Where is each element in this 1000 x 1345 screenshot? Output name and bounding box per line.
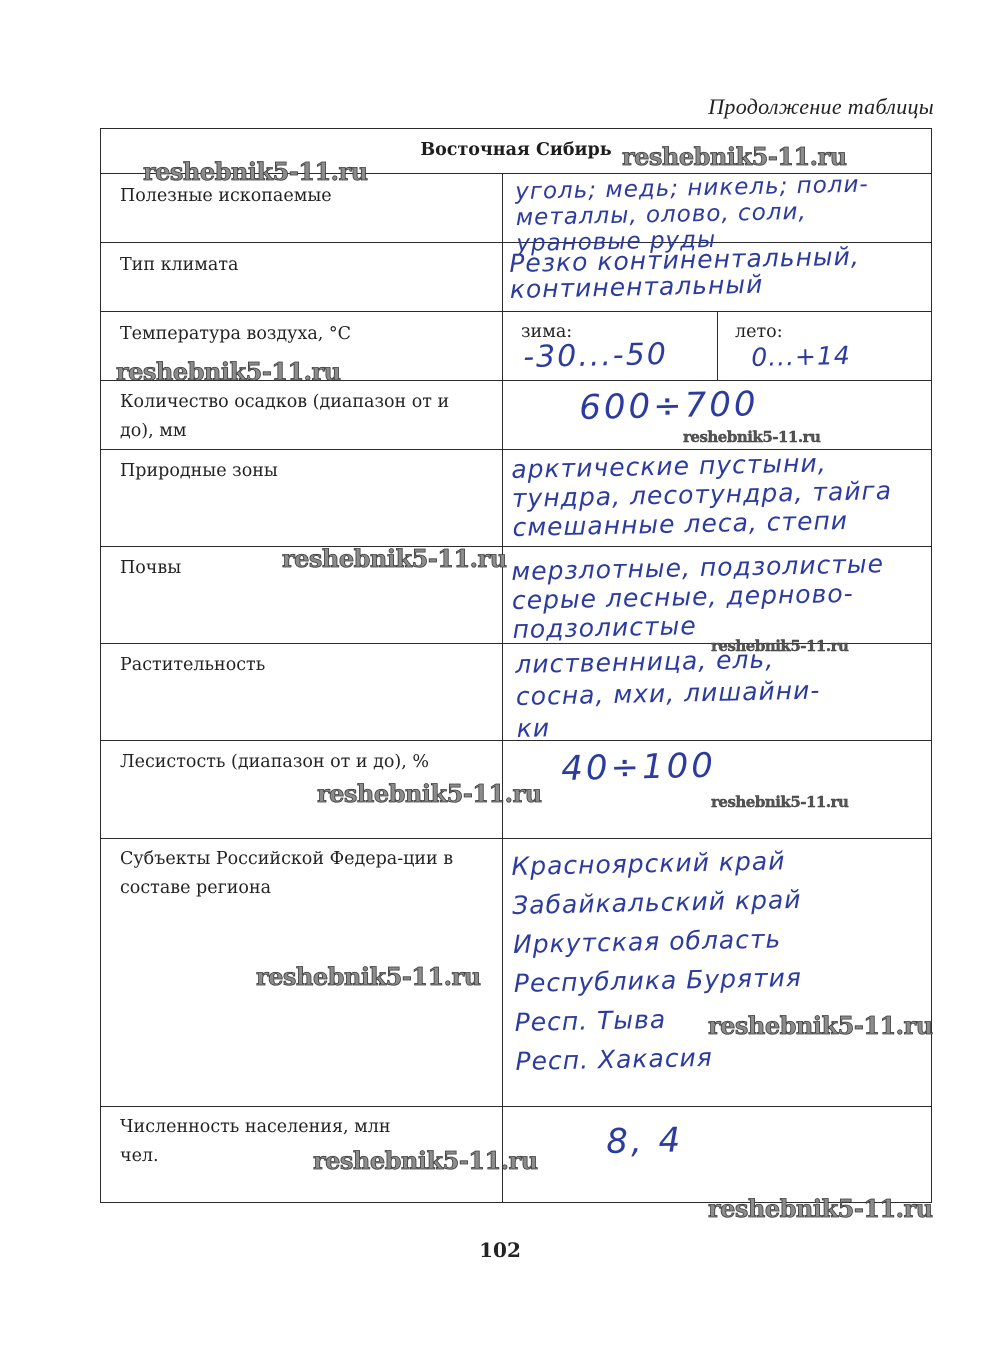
row-label-precipitation: Количество осадков (диапазон от и до), м… <box>120 388 480 446</box>
answer-climate: Резко континентальный, континентальный <box>509 244 861 303</box>
watermark: reshebnik5-11.ru <box>708 1194 933 1223</box>
watermark: reshebnik5-11.ru <box>256 962 481 991</box>
row-divider <box>101 838 931 839</box>
answer-vegetation: лиственница, ель, сосна, мхи, лишайни- к… <box>515 643 821 745</box>
row-label-forest-cover: Лесистость (диапазон от и до), % <box>120 748 490 777</box>
summer-value: 0...+14 <box>751 343 851 371</box>
row-divider <box>101 311 931 312</box>
watermark: reshebnik5-11.ru <box>282 544 507 573</box>
summer-label: лето: <box>735 322 783 342</box>
answer-natural-zones: арктические пустыни, тундра, лесотундра,… <box>511 447 893 542</box>
answer-federal-subjects: Красноярский край Забайкальский край Ирк… <box>511 841 805 1081</box>
row-label-federal-subjects: Субъекты Российской Федера-ции в составе… <box>120 845 490 903</box>
temperature-subdivider <box>717 311 718 380</box>
watermark: reshebnik5-11.ru <box>711 637 848 655</box>
region-table: Восточная Сибирь Полезные ископаемые уго… <box>100 128 932 1203</box>
watermark: reshebnik5-11.ru <box>317 779 542 808</box>
watermark: reshebnik5-11.ru <box>708 1011 933 1040</box>
answer-precipitation: 600÷700 <box>579 391 759 421</box>
row-label-natural-zones: Природные зоны <box>120 457 490 486</box>
answer-soils: мерзлотные, подзолистые серые лесные, де… <box>511 549 886 644</box>
page-number: 102 <box>0 1238 1000 1262</box>
watermark: reshebnik5-11.ru <box>143 157 368 186</box>
watermark: reshebnik5-11.ru <box>622 142 847 171</box>
row-label-minerals: Полезные ископаемые <box>120 182 490 211</box>
row-divider <box>101 546 931 547</box>
watermark: reshebnik5-11.ru <box>116 357 341 386</box>
row-divider <box>101 1106 931 1107</box>
watermark: reshebnik5-11.ru <box>683 428 820 446</box>
watermark: reshebnik5-11.ru <box>313 1146 538 1175</box>
answer-population: 8, 4 <box>606 1127 683 1155</box>
watermark: reshebnik5-11.ru <box>711 793 848 811</box>
column-divider <box>502 173 503 1202</box>
row-label-climate: Тип климата <box>120 251 490 280</box>
continuation-label: Продолжение таблицы <box>708 94 934 120</box>
answer-forest-cover: 40÷100 <box>561 753 716 782</box>
row-label-vegetation: Растительность <box>120 651 490 680</box>
winter-value: -30...-50 <box>523 342 668 371</box>
row-label-temperature: Температура воздуха, °С <box>120 320 490 349</box>
